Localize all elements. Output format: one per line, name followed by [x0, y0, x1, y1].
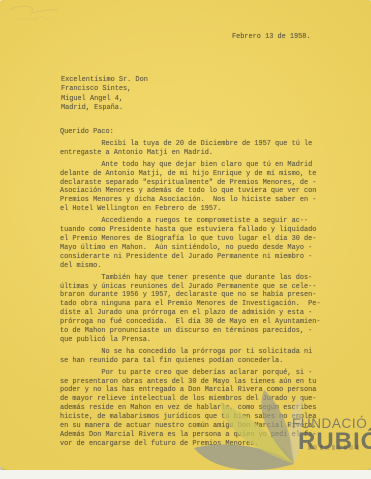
pencil-scribble: [6, 2, 76, 32]
letter-paper: Febrero 13 de 1958. Excelentísimo Sr. Do…: [0, 0, 371, 471]
scan-bottom-edge: [0, 470, 371, 479]
letter-date: Febrero 13 de 1958.: [232, 33, 311, 42]
faint-typed-marks: [308, 445, 360, 450]
salutation: Querido Paco:: [60, 128, 330, 137]
foundation-watermark: FUNDACIÓ RUBIÓ: [190, 388, 371, 470]
paragraph: Recibí la tuya de 20 de Diciembre de 195…: [60, 140, 330, 158]
paragraph: Ante todo hay que dejar bien claro que t…: [60, 161, 330, 214]
paragraph: También hay que tener presente que duran…: [60, 274, 330, 345]
watermark-text-rubio: RUBIÓ: [298, 428, 371, 456]
paragraph: No se ha concedido la prórroga por ti so…: [60, 348, 330, 366]
leaf-logo-icon: [190, 388, 302, 470]
recipient-address: Excelentísimo Sr. Don Francisco Sintes, …: [61, 76, 148, 113]
paragraph: Accediendo a ruegos te comprometiste a s…: [60, 217, 330, 270]
